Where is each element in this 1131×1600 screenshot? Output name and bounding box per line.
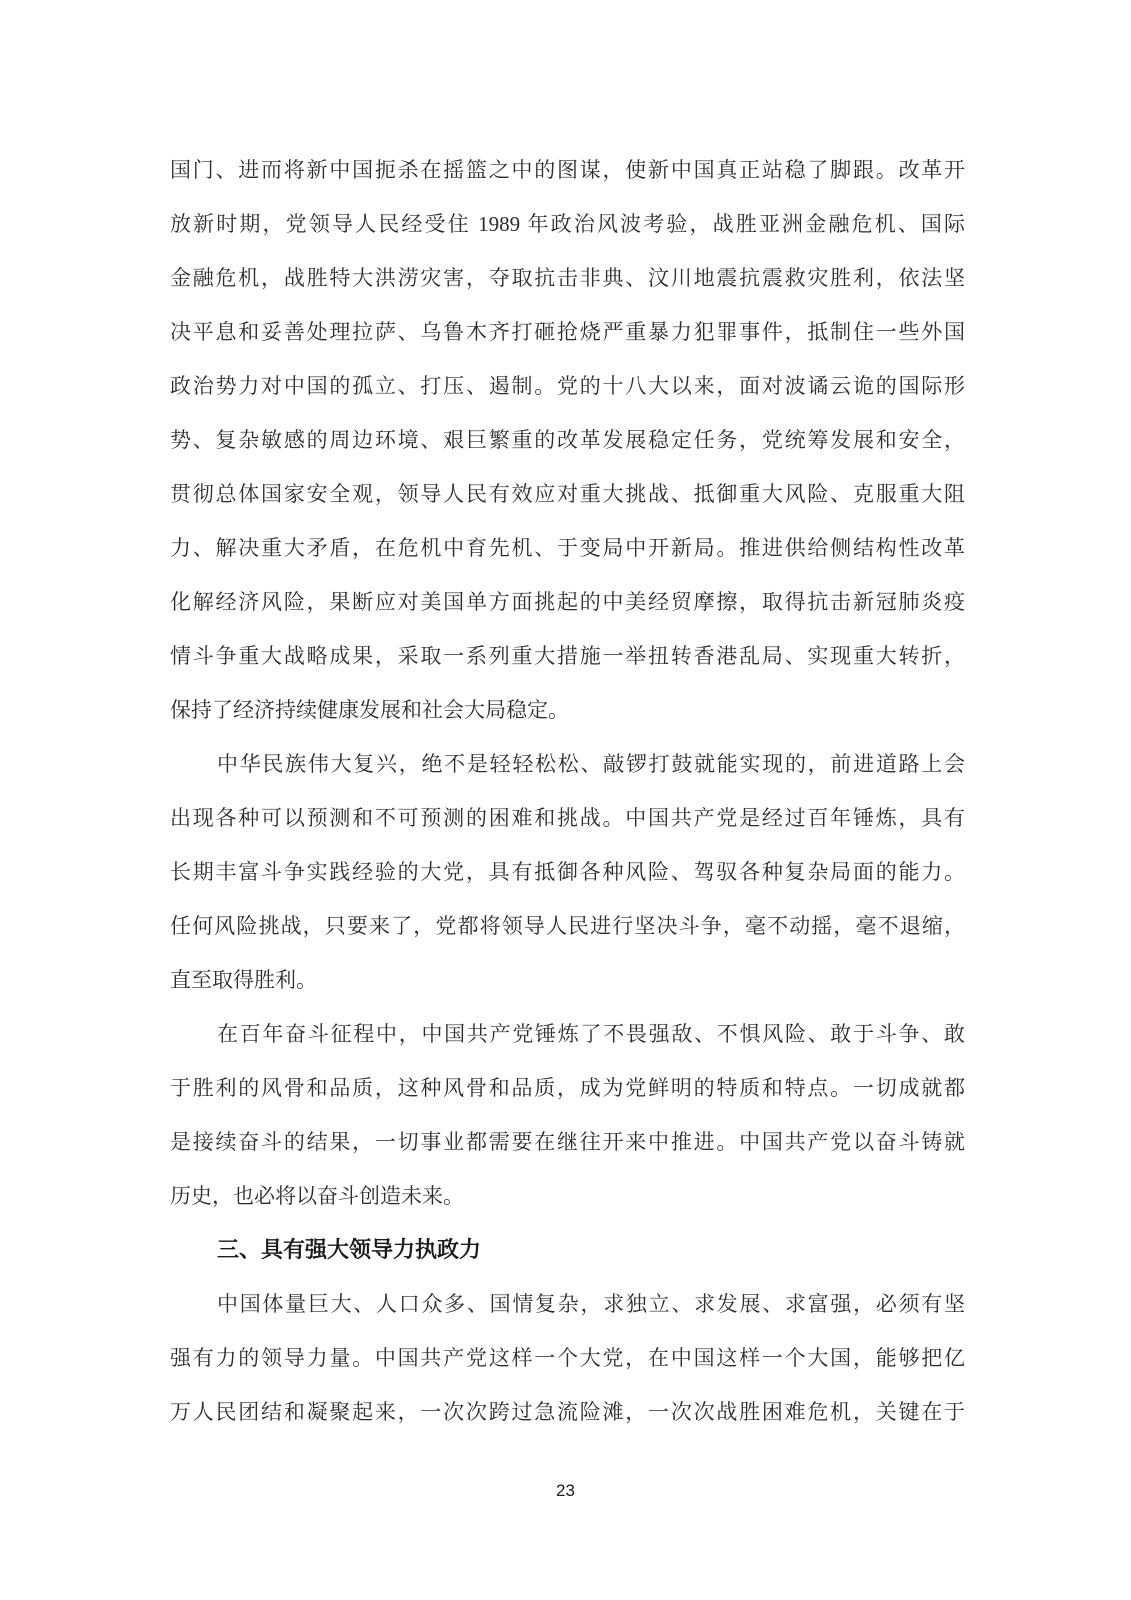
content: 国门、进而将新中国扼杀在摇篮之中的图谋，使新中国真正站稳了脚跟。改革开放新时期，… [170, 143, 965, 1439]
text-line: 金融危机，战胜特大洪涝灾害，夺取抗击非典、汶川地震抗震救灾胜利，依法坚 [170, 251, 965, 305]
text-line: 出现各种可以预测和不可预测的困难和挑战。中国共产党是经过百年锤炼，具有 [170, 791, 965, 845]
text-line: 三、具有强大领导力执政力 [170, 1223, 965, 1277]
text-line: 力、解决重大矛盾，在危机中育先机、于变局中开新局。推进供给侧结构性改革 [170, 521, 965, 575]
text-line: 势、复杂敏感的周边环境、艰巨繁重的改革发展稳定任务，党统筹发展和安全， [170, 413, 965, 467]
text-line: 决平息和妥善处理拉萨、乌鲁木齐打砸抢烧严重暴力犯罪事件，抵制住一些外国 [170, 305, 965, 359]
paragraph: 中华民族伟大复兴，绝不是轻轻松松、敲锣打鼓就能实现的，前进道路上会出现各种可以预… [170, 737, 965, 1007]
paragraph: 在百年奋斗征程中，中国共产党锤炼了不畏强敌、不惧风险、敢于斗争、敢于胜利的风骨和… [170, 1007, 965, 1223]
text-line: 中国体量巨大、人口众多、国情复杂，求独立、求发展、求富强，必须有坚 [170, 1277, 965, 1331]
text-line: 长期丰富斗争实践经验的大党，具有抵御各种风险、驾驭各种复杂局面的能力。 [170, 845, 965, 899]
text-line: 于胜利的风骨和品质，这种风骨和品质，成为党鲜明的特质和特点。一切成就都 [170, 1061, 965, 1115]
paragraph: 国门、进而将新中国扼杀在摇篮之中的图谋，使新中国真正站稳了脚跟。改革开放新时期，… [170, 143, 965, 737]
text-line: 是接续奋斗的结果，一切事业都需要在继往开来中推进。中国共产党以奋斗铸就 [170, 1115, 965, 1169]
text-line: 直至取得胜利。 [170, 953, 965, 1007]
text-line: 贯彻总体国家安全观，领导人民有效应对重大挑战、抵御重大风险、克服重大阻 [170, 467, 965, 521]
document-page: 国门、进而将新中国扼杀在摇篮之中的图谋，使新中国真正站稳了脚跟。改革开放新时期，… [0, 0, 1131, 1600]
text-line: 政治势力对中国的孤立、打压、遏制。党的十八大以来，面对波谲云诡的国际形 [170, 359, 965, 413]
text-line: 万人民团结和凝聚起来，一次次跨过急流险滩，一次次战胜困难危机，关键在于 [170, 1385, 965, 1439]
page-number: 23 [0, 1480, 1131, 1502]
text-line: 强有力的领导力量。中国共产党这样一个大党，在中国这样一个大国，能够把亿 [170, 1331, 965, 1385]
text-line: 中华民族伟大复兴，绝不是轻轻松松、敲锣打鼓就能实现的，前进道路上会 [170, 737, 965, 791]
text-line: 情斗争重大战略成果，采取一系列重大措施一举扭转香港乱局、实现重大转折， [170, 629, 965, 683]
text-line: 国门、进而将新中国扼杀在摇篮之中的图谋，使新中国真正站稳了脚跟。改革开 [170, 143, 965, 197]
text-line: 保持了经济持续健康发展和社会大局稳定。 [170, 683, 965, 737]
text-line: 化解经济风险，果断应对美国单方面挑起的中美经贸摩擦，取得抗击新冠肺炎疫 [170, 575, 965, 629]
paragraph: 中国体量巨大、人口众多、国情复杂，求独立、求发展、求富强，必须有坚强有力的领导力… [170, 1277, 965, 1439]
text-line: 任何风险挑战，只要来了，党都将领导人民进行坚决斗争，毫不动摇，毫不退缩， [170, 899, 965, 953]
section-heading: 三、具有强大领导力执政力 [170, 1223, 965, 1277]
text-line: 在百年奋斗征程中，中国共产党锤炼了不畏强敌、不惧风险、敢于斗争、敢 [170, 1007, 965, 1061]
text-line: 历史，也必将以奋斗创造未来。 [170, 1169, 965, 1223]
text-line: 放新时期，党领导人民经受住 1989 年政治风波考验，战胜亚洲金融危机、国际 [170, 197, 965, 251]
